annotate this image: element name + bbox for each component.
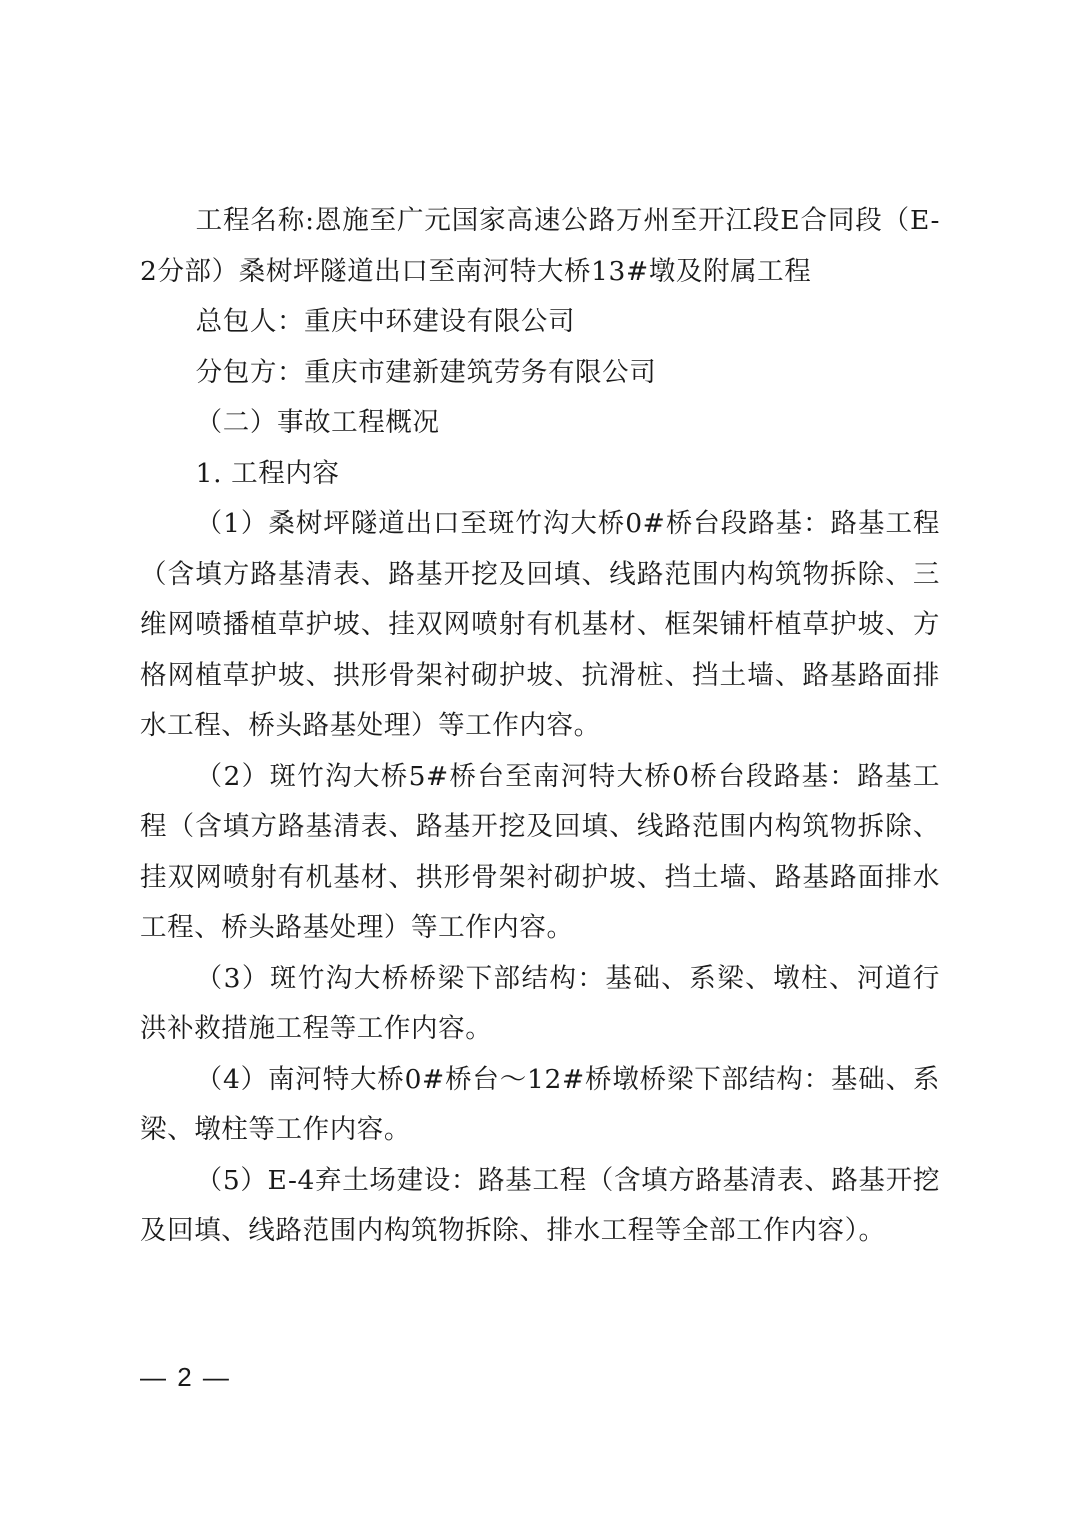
work-item-3: （3）斑竹沟大桥桥梁下部结构：基础、系梁、墩柱、河道行洪补救措施工程等工作内容。: [140, 954, 940, 1055]
page-number: — 2 —: [140, 1362, 231, 1393]
document-body: 工程名称:恩施至广元国家高速公路万州至开江段E合同段（E-2分部）桑树坪隧道出口…: [140, 196, 940, 1257]
project-name-paragraph: 工程名称:恩施至广元国家高速公路万州至开江段E合同段（E-2分部）桑树坪隧道出口…: [140, 196, 940, 297]
subsection-heading: 1. 工程内容: [140, 449, 940, 500]
work-item-1: （1）桑树坪隧道出口至斑竹沟大桥0#桥台段路基：路基工程（含填方路基清表、路基开…: [140, 499, 940, 752]
general-contractor-paragraph: 总包人：重庆中环建设有限公司: [140, 297, 940, 348]
subcontractor-paragraph: 分包方：重庆市建新建筑劳务有限公司: [140, 348, 940, 399]
work-item-4: （4）南河特大桥0#桥台～12#桥墩桥梁下部结构：基础、系梁、墩柱等工作内容。: [140, 1055, 940, 1156]
work-item-5: （5）E-4弃土场建设：路基工程（含填方路基清表、路基开挖及回填、线路范围内构筑…: [140, 1156, 940, 1257]
work-item-2: （2）斑竹沟大桥5#桥台至南河特大桥0桥台段路基：路基工程（含填方路基清表、路基…: [140, 752, 940, 954]
section-heading: （二）事故工程概况: [140, 398, 940, 449]
